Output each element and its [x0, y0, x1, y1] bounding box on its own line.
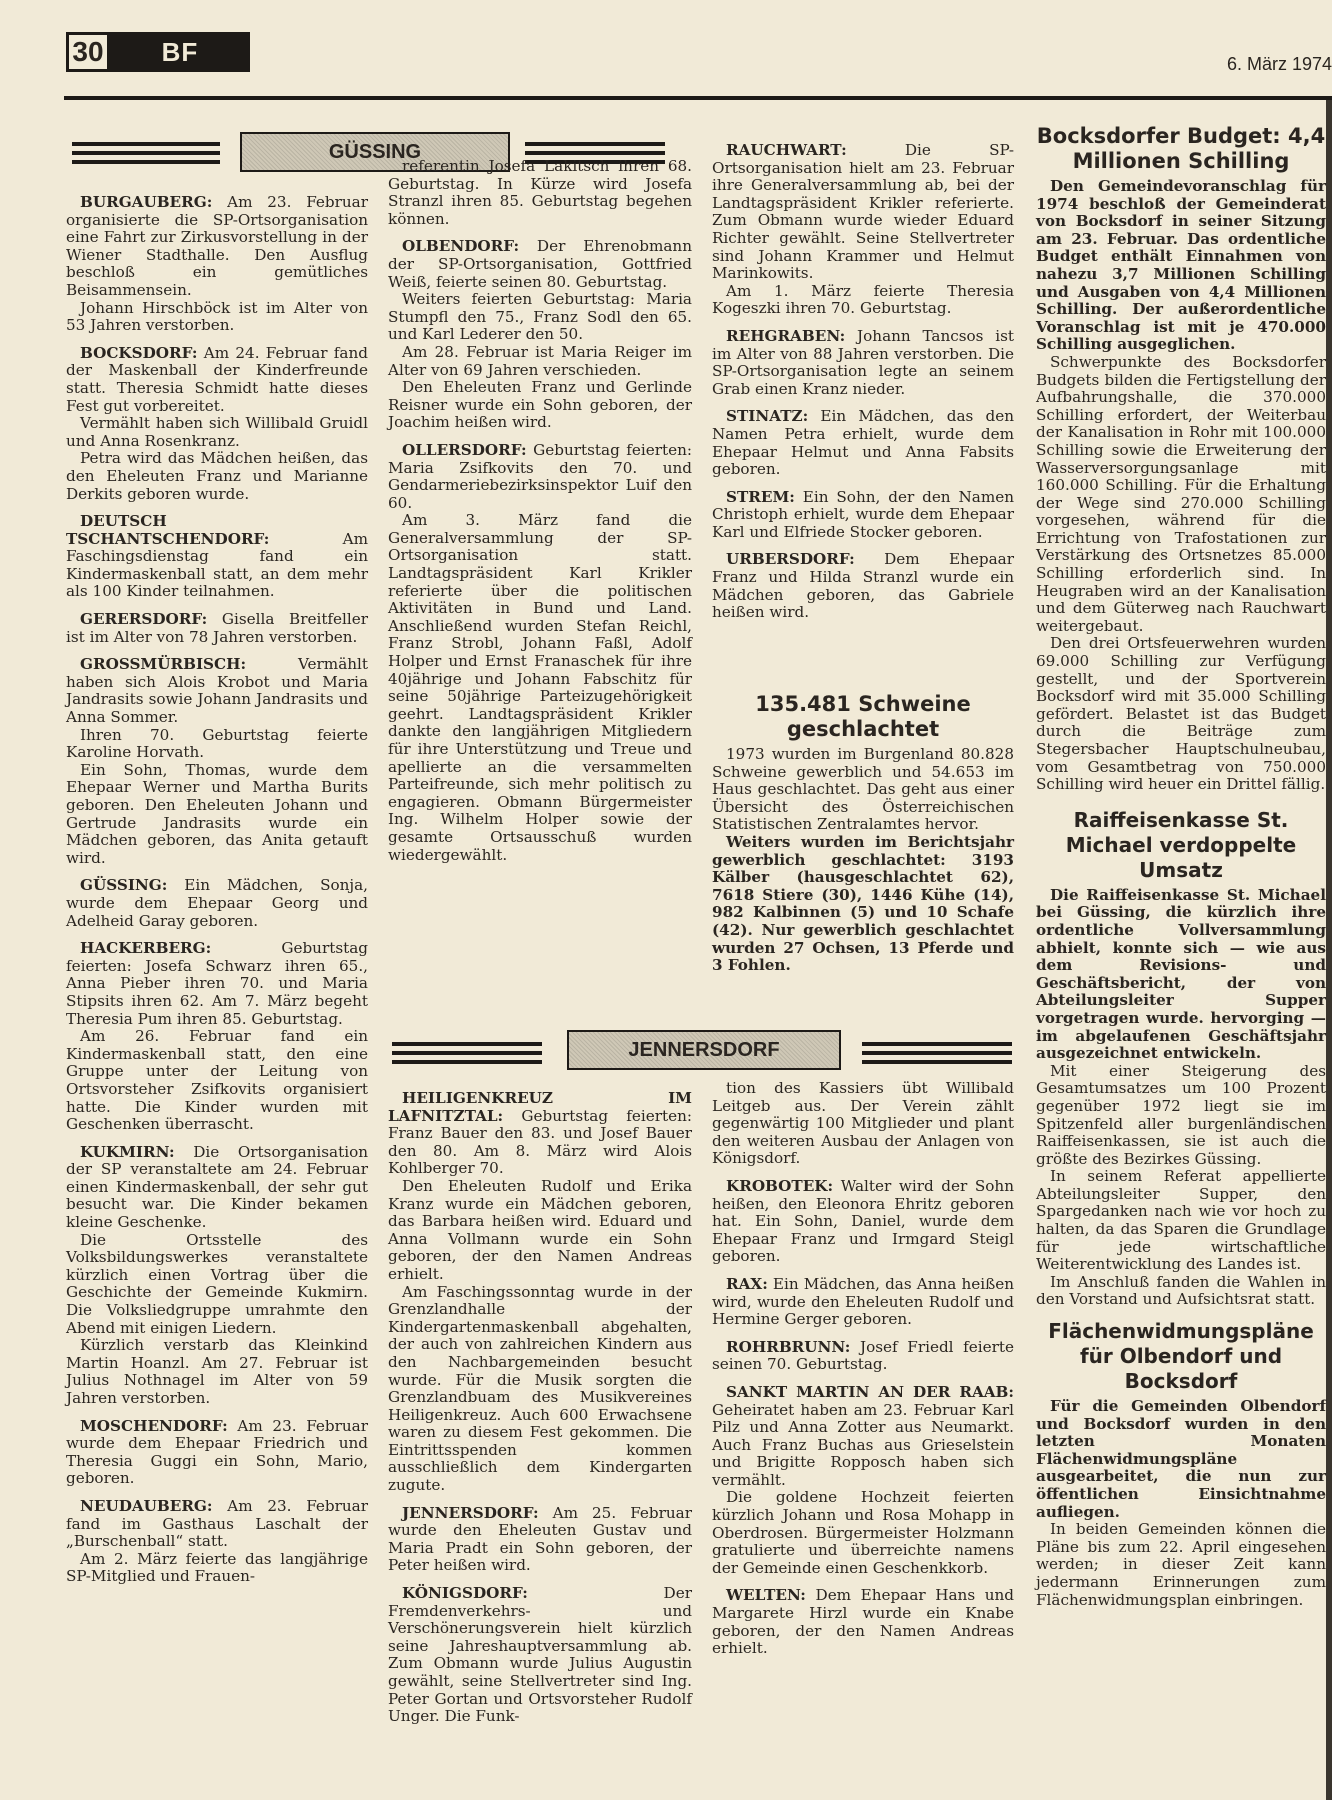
- item-text: Den Eheleuten Franz und Gerlinde Reisner…: [388, 378, 692, 431]
- place-name: NEUDAUBERG:: [80, 1497, 213, 1515]
- news-item: RAUCHWART: Die SP-Ortsorganisation hielt…: [712, 142, 1014, 283]
- article-paragraph: Mit einer Steigerung des Gesamtumsatzes …: [1036, 1063, 1326, 1169]
- place-name: RAUCHWART:: [726, 141, 847, 159]
- column-guessing-1: BURGAUBERG: Am 23. Februar organisierte …: [66, 184, 368, 1586]
- place-name: KÖNIGSDORF:: [402, 1584, 528, 1602]
- item-text: Den Eheleuten Rudolf und Erika Kranz wur…: [388, 1177, 692, 1283]
- news-item: OLBENDORF: Der Ehrenobmann der SP-Ortsor…: [388, 238, 692, 291]
- news-item: KROBOTEK: Walter wird der Sohn heißen, d…: [712, 1178, 1014, 1266]
- article-paragraph: Schwerpunkte des Bocksdorfer Budgets bil…: [1036, 354, 1326, 636]
- section-rule-left: [72, 142, 220, 164]
- article-paragraph: 1973 wurden im Burgenland 80.828 Schwein…: [712, 746, 1014, 834]
- place-name: BURGAUBERG:: [80, 193, 212, 211]
- news-item: SANKT MARTIN AN DER RAAB: Geheiratet hab…: [712, 1384, 1014, 1490]
- header-rule: [64, 96, 1332, 100]
- article-paragraph: Den drei Ortsfeuerwehren wurden 69.000 S…: [1036, 635, 1326, 793]
- place-name: SANKT MARTIN AN DER RAAB:: [726, 1383, 1014, 1401]
- news-item: Kürzlich verstarb das Kleinkind Martin H…: [66, 1337, 368, 1407]
- place-name: JENNERSDORF:: [402, 1504, 539, 1522]
- place-name: KROBOTEK:: [726, 1177, 833, 1195]
- item-text: Am 3. März fand die Generalversammlung d…: [388, 511, 692, 863]
- item-text: Am 28. Februar ist Maria Reiger im Alter…: [388, 343, 692, 379]
- news-item: GROSSMÜRBISCH: Vermählt haben sich Alois…: [66, 656, 368, 726]
- item-text: referentin Josefa Lakitsch ihren 68. Geb…: [388, 157, 692, 228]
- news-item: Am 26. Februar fand ein Kindermaskenball…: [66, 1028, 368, 1134]
- column-jennersdorf-1: HEILIGENKREUZ IM LAFNITZTAL: Geburtstag …: [388, 1080, 692, 1726]
- news-item: REHGRABEN: Johann Tancsos ist im Alter v…: [712, 328, 1014, 398]
- article-lead: Die Raiffeisenkasse St. Michael bei Güss…: [1036, 887, 1326, 1063]
- news-item: Den Eheleuten Rudolf und Erika Kranz wur…: [388, 1178, 692, 1284]
- news-item: Ein Sohn, Thomas, wurde dem Ehepaar Wern…: [66, 762, 368, 868]
- news-item: RAX: Ein Mädchen, das Anna heißen wird, …: [712, 1276, 1014, 1329]
- section-rule-left: [392, 1042, 542, 1064]
- news-item: KUKMIRN: Die Ortsorganisation der SP ver…: [66, 1144, 368, 1232]
- news-item: Vermählt haben sich Willibald Gruidl und…: [66, 415, 368, 450]
- issue-date: 6. März 1974: [1227, 54, 1332, 75]
- item-text: Die goldene Hochzeit feierten kürzlich J…: [712, 1488, 1014, 1576]
- news-item: Die Ortsstelle des Volksbildungswerkes v…: [66, 1232, 368, 1338]
- section-jennersdorf-header: JENNERSDORF: [567, 1030, 841, 1070]
- item-text: Kürzlich verstarb das Kleinkind Martin H…: [66, 1336, 368, 1407]
- news-item: Am 28. Februar ist Maria Reiger im Alter…: [388, 344, 692, 379]
- article-schweine: 135.481 Schweine geschlachtet 1973 wurde…: [712, 684, 1014, 975]
- place-name: ROHRBRUNN:: [726, 1338, 850, 1356]
- item-text: Geheiratet haben am 23. Februar Karl Pil…: [712, 1401, 1014, 1489]
- news-item: BOCKSDORF: Am 24. Februar fand der Maske…: [66, 345, 368, 415]
- article-budget: Bocksdorfer Budget: 4,4 Millionen Schill…: [1036, 124, 1326, 1609]
- news-item: Weiters feierten Geburtstag: Maria Stump…: [388, 291, 692, 344]
- news-item: Am 3. März fand die Generalversammlung d…: [388, 512, 692, 864]
- item-text: Johann Hirschböck ist im Alter von 53 Ja…: [66, 299, 368, 335]
- article-paragraph: Im Anschluß fanden die Wahlen in den Vor…: [1036, 1274, 1326, 1309]
- article-paragraph: In beiden Gemeinden können die Pläne bis…: [1036, 1521, 1326, 1609]
- item-text: Vermählt haben sich Willibald Gruidl und…: [66, 414, 368, 450]
- item-text: Am 2. März feierte das langjährige SP-Mi…: [66, 1550, 368, 1586]
- news-item: STREM: Ein Sohn, der den Namen Christoph…: [712, 489, 1014, 542]
- place-name: RAX:: [726, 1275, 768, 1293]
- place-name: WELTEN:: [726, 1586, 806, 1604]
- news-item: Johann Hirschböck ist im Alter von 53 Ja…: [66, 300, 368, 335]
- news-item: WELTEN: Dem Ehepaar Hans und Margarete H…: [712, 1587, 1014, 1657]
- news-item: MOSCHENDORF: Am 23. Februar wurde dem Eh…: [66, 1418, 368, 1488]
- place-name: DEUTSCH TSCHANTSCHENDORF:: [66, 512, 269, 548]
- place-name: KUKMIRN:: [80, 1143, 175, 1161]
- place-name: OLBENDORF:: [402, 237, 519, 255]
- article-lead: Für die Gemeinden Olbendorf und Bocksdor…: [1036, 1398, 1326, 1521]
- place-name: STREM:: [726, 488, 795, 506]
- news-item: Am 1. März feierte Theresia Kogeszki ihr…: [712, 283, 1014, 318]
- news-item: OLLERSDORF: Geburtstag feierten: Maria Z…: [388, 442, 692, 512]
- page-edge: [1326, 100, 1332, 1800]
- place-name: URBERSDORF:: [726, 550, 855, 568]
- news-item: DEUTSCH TSCHANTSCHENDORF: Am Faschingsdi…: [66, 513, 368, 601]
- section-rule-right: [862, 1042, 1012, 1064]
- item-text: Ihren 70. Geburtstag feierte Karoline Ho…: [66, 726, 368, 762]
- news-item: Ihren 70. Geburtstag feierte Karoline Ho…: [66, 727, 368, 762]
- place-name: MOSCHENDORF:: [80, 1417, 228, 1435]
- item-text: Der Fremdenverkehrs- und Verschönerungsv…: [388, 1584, 692, 1725]
- news-item: GERERSDORF: Gisella Breitfeller ist im A…: [66, 611, 368, 646]
- place-name: STINATZ:: [726, 407, 808, 425]
- column-guessing-3: RAUCHWART: Die SP-Ortsorganisation hielt…: [712, 132, 1014, 622]
- column-guessing-2: referentin Josefa Lakitsch ihren 68. Geb…: [388, 158, 692, 864]
- news-item: HACKERBERG: Geburtstag feierten: Josefa …: [66, 940, 368, 1028]
- news-item: HEILIGENKREUZ IM LAFNITZTAL: Geburtstag …: [388, 1090, 692, 1178]
- place-name: GÜSSING:: [80, 876, 167, 894]
- headline-flaechen: Flächenwidmungspläne für Olbendorf und B…: [1036, 1319, 1326, 1394]
- page-number: 30: [66, 32, 110, 72]
- article-paragraph: Weiters wurden im Berichtsjahr gewerblic…: [712, 834, 1014, 975]
- place-name: HACKERBERG:: [80, 939, 211, 957]
- news-item: GÜSSING: Ein Mädchen, Sonja, wurde dem E…: [66, 877, 368, 930]
- news-item: Die goldene Hochzeit feierten kürzlich J…: [712, 1489, 1014, 1577]
- item-text: tion des Kassiers übt Willibald Leitgeb …: [712, 1079, 1014, 1167]
- place-name: OLLERSDORF:: [402, 441, 527, 459]
- news-item: BURGAUBERG: Am 23. Februar organisierte …: [66, 194, 368, 300]
- news-item: URBERSDORF: Dem Ehepaar Franz und Hilda …: [712, 551, 1014, 621]
- item-text: Die SP-Ortsorganisation hielt am 23. Feb…: [712, 141, 1014, 282]
- headline-budget: Bocksdorfer Budget: 4,4 Millionen Schill…: [1036, 124, 1326, 174]
- news-item: Am Faschingssonntag wurde in der Grenzla…: [388, 1284, 692, 1495]
- headline-schweine: 135.481 Schweine geschlachtet: [712, 692, 1014, 742]
- place-name: GERERSDORF:: [80, 610, 207, 628]
- article-paragraph: In seinem Referat appellierte Abteilungs…: [1036, 1168, 1326, 1274]
- article-lead: Den Gemeindevoranschlag für 1974 beschlo…: [1036, 178, 1326, 354]
- item-text: Am 1. März feierte Theresia Kogeszki ihr…: [712, 282, 1014, 318]
- item-text: Weiters feierten Geburtstag: Maria Stump…: [388, 290, 692, 343]
- place-name: GROSSMÜRBISCH:: [80, 655, 246, 673]
- item-text: Die Ortsstelle des Volksbildungswerkes v…: [66, 1231, 368, 1337]
- news-item: referentin Josefa Lakitsch ihren 68. Geb…: [388, 158, 692, 228]
- news-item: tion des Kassiers übt Willibald Leitgeb …: [712, 1080, 1014, 1168]
- news-item: JENNERSDORF: Am 25. Februar wurde den Eh…: [388, 1505, 692, 1575]
- news-item: NEUDAUBERG: Am 23. Februar fand im Gasth…: [66, 1498, 368, 1551]
- news-item: STINATZ: Ein Mädchen, das den Namen Petr…: [712, 408, 1014, 478]
- item-text: Petra wird das Mädchen heißen, das den E…: [66, 449, 368, 502]
- place-name: BOCKSDORF:: [80, 344, 197, 362]
- column-jennersdorf-2: tion des Kassiers übt Willibald Leitgeb …: [712, 1080, 1014, 1658]
- headline-raiffeisen: Raiffeisenkasse St. Michael verdoppelte …: [1036, 808, 1326, 883]
- masthead: 30 BF: [66, 32, 250, 72]
- place-name: REHGRABEN:: [726, 327, 845, 345]
- section-code: BF: [110, 32, 250, 72]
- news-item: KÖNIGSDORF: Der Fremdenverkehrs- und Ver…: [388, 1585, 692, 1726]
- item-text: Am 26. Februar fand ein Kindermaskenball…: [66, 1027, 368, 1133]
- news-item: Den Eheleuten Franz und Gerlinde Reisner…: [388, 379, 692, 432]
- item-text: Am Faschingssonntag wurde in der Grenzla…: [388, 1283, 692, 1495]
- news-item: Am 2. März feierte das langjährige SP-Mi…: [66, 1551, 368, 1586]
- item-text: Ein Sohn, Thomas, wurde dem Ehepaar Wern…: [66, 761, 368, 867]
- news-item: ROHRBRUNN: Josef Friedl feierte seinen 7…: [712, 1339, 1014, 1374]
- news-item: Petra wird das Mädchen heißen, das den E…: [66, 450, 368, 503]
